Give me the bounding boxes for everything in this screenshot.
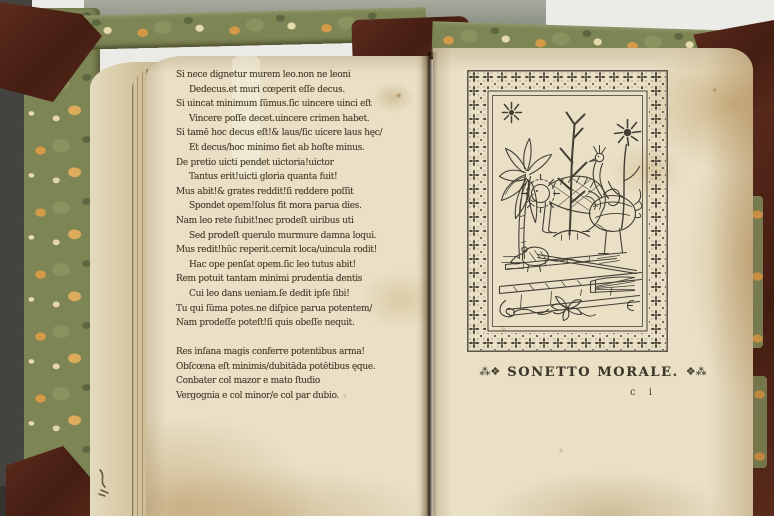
poem-line: Vincere poſſe decet.uincere crimen habet… bbox=[176, 112, 382, 127]
poem-line: Mus abit!& grates reddit!ſi reddere poſſ… bbox=[176, 185, 382, 200]
bird bbox=[590, 146, 642, 254]
poem-line: Res inſana magis conferre potentibus arm… bbox=[176, 345, 382, 360]
caption-text: SONETTO MORALE. bbox=[507, 365, 678, 380]
woodcut-illustration bbox=[467, 70, 668, 352]
poem-line: De pretio uicti pendet uictoria!uictor bbox=[176, 156, 382, 171]
poem-line: Vergognia e col minor/e col par dubio. bbox=[176, 389, 382, 404]
logs bbox=[500, 254, 642, 316]
fleuron-ornament-left: ⁂❖ bbox=[479, 365, 500, 378]
woodcut-caption: ⁂❖SONETTO MORALE.❖⁂ bbox=[433, 365, 753, 380]
ink-smudge bbox=[96, 468, 112, 498]
poem-line: Dedecus.et muri cœperit eſſe decus. bbox=[176, 83, 382, 98]
poem-line: Tu qui ſūma potes.ne diſpice parua poten… bbox=[176, 302, 382, 317]
poem-line: Obſcœna eſt minimis/dubitāda potētibus ę… bbox=[176, 360, 382, 375]
poem-line: Nam leo rete ſubit!nec prodeſt uiribus u… bbox=[176, 214, 382, 229]
book-gutter bbox=[420, 52, 438, 516]
poem-line: Tantus erit!uicti gloria quanta fuit! bbox=[176, 170, 382, 185]
poem-line: Nam prodeſſe poteſt!ſi quis obeſſe nequi… bbox=[176, 316, 382, 331]
poem-line: Mus redit!hūc reperit.cernit loca/uincul… bbox=[176, 243, 382, 258]
poem-line: Si tamē hoc decus eſt!& laus/ſic uicere … bbox=[176, 126, 382, 141]
signature-mark: c i bbox=[630, 387, 657, 398]
poem: Si nece dignetur murem leo.non ne leoniD… bbox=[176, 68, 382, 404]
poem-line: Hac ope penſat opem.ſic leo tutus abit! bbox=[176, 258, 382, 273]
flower-top-left bbox=[503, 103, 522, 123]
poem-line: Rem potuit tantam minimi prudentia denti… bbox=[176, 272, 382, 287]
poem-line: Si nece dignetur murem leo.non ne leoni bbox=[176, 68, 382, 83]
poem-line: Cui leo dans ueniam.ſe dedit ipſe ſibi! bbox=[176, 287, 382, 302]
poem-line: Si uincat minimum ſūmus.ſic uincere uinc… bbox=[176, 97, 382, 112]
rosette bbox=[538, 297, 596, 321]
poem-line: Et decus/hoc minimo fiet ab hoſte minus. bbox=[176, 141, 382, 156]
poem-line bbox=[176, 331, 382, 346]
poem-line: Spondet opem!ſolus fit mora parua dies. bbox=[176, 199, 382, 214]
fleuron-ornament-right: ❖⁂ bbox=[686, 365, 707, 378]
poem-line: Sed prodeſt querulo murmure damna loqui. bbox=[176, 229, 382, 244]
poem-line: Conbater col mazor e mato ſtudio bbox=[176, 374, 382, 389]
